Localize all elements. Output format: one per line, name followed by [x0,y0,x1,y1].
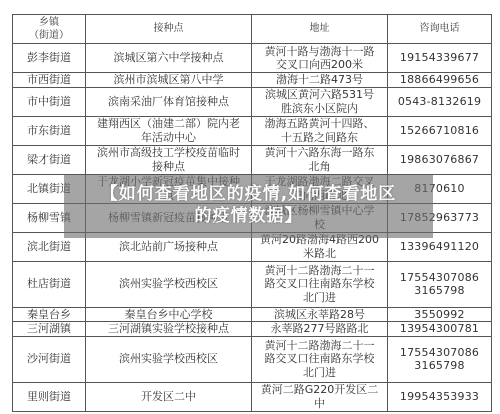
address-cell-line: 北门进 [255,291,384,305]
address-cell-line: 胜滨东小区院内 [255,102,384,116]
address-cell-line: 十五路之间路东 [255,131,384,145]
address-cell-line: 米路北 [255,247,384,261]
phone-cell-line: 3165798 [391,359,488,373]
table-row: 杜店街道滨州实验学校西校区黄河十二路渤海二十一路交叉口往南路东学校北门进1755… [13,261,492,307]
address-cell-line: 北角 [255,160,384,174]
phone-cell-line: 3165798 [391,284,488,298]
address-cell: 黄河十二路渤海二十一路交叉口往南路东学校北门进 [252,261,388,307]
table-row: 沙河街道滨州实验学校西校区黄河十二路渤海二十一路交叉口往南路东学校北门进1755… [13,336,492,382]
phone-cell: 3550992 [388,307,492,322]
phone-cell-line: 19954353933 [391,390,488,404]
phone-cell-line: 15266710816 [391,124,488,138]
town-cell: 市中街道 [13,87,86,116]
address-cell-line: 北门进 [255,366,384,380]
site-cell: 滨南采油厂体育馆接种点 [86,87,252,116]
town-cell: 里则街道 [13,382,86,411]
phone-cell: 175543070863165798 [388,261,492,307]
town-cell: 彭李街道 [13,44,86,73]
site-cell-line: 滨城区第六中学接种点 [89,51,248,65]
address-cell-line: 交叉口向西200米 [255,58,384,72]
site-cell-line: 滨南采油厂体育馆接种点 [89,95,248,109]
town-cell: 三河湖镇 [13,322,86,337]
table-header-row: 乡镇（街道）接种点地址咨询电话 [13,15,492,44]
header-label: 咨询电话 [391,22,488,36]
phone-cell-line: 19863076867 [391,153,488,167]
overlay-title-line-1: 【如何查看地区的疫情,如何查看地区 [64,183,433,205]
site-cell-line: 三河湖镇实验学校接种点 [89,322,248,336]
site-cell: 滨城区第六中学接种点 [86,44,252,73]
table-row: 里则街道开发区二中黄河二路G220开发区二中19954353933 [13,382,492,411]
address-cell-line: 中 [255,397,384,411]
site-cell: 滨州市高级技工学校疫苗临时接种点 [86,145,252,174]
site-cell-line: 开发区二中 [89,390,248,404]
site-cell-line: 滨州实验学校西校区 [89,352,248,366]
header-label: （街道） [16,29,82,43]
phone-cell: 19954353933 [388,382,492,411]
table-row: 市西街道滨州市滨城区第八中学渤海十二路473号18866499656 [13,73,492,88]
phone-cell-line: 13954300781 [391,322,488,336]
phone-cell: 19154339677 [388,44,492,73]
site-cell-line: 滨州市滨城区第八中学 [89,73,248,87]
site-cell-line: 建翔西区（油建二部）院内老 [89,117,248,131]
phone-cell: 19863076867 [388,145,492,174]
site-cell-line: 滨州实验学校西校区 [89,277,248,291]
phone-cell: 18866499656 [388,73,492,88]
site-cell: 建翔西区（油建二部）院内老年活动中心 [86,116,252,145]
phone-cell: 175543070863165798 [388,336,492,382]
phone-cell-line: 3550992 [391,308,488,322]
town-cell: 市东街道 [13,116,86,145]
site-cell: 三河湖镇实验学校接种点 [86,322,252,337]
site-cell-line: 年活动中心 [89,131,248,145]
header-label: 接种点 [89,22,248,36]
address-cell-line: 渤海十二路473号 [255,73,384,87]
phone-cell: 0543-8132619 [388,87,492,116]
address-cell-line: 黄河十二路渤海二十一 [255,264,384,278]
table-row: 市中街道滨南采油厂体育馆接种点滨城区黄河六路531号胜滨东小区院内0543-81… [13,87,492,116]
address-cell: 滨城区黄河六路531号胜滨东小区院内 [252,87,388,116]
table-row: 秦皇台乡秦皇台乡中心学校滨城区永莘路28号3550992 [13,307,492,322]
town-cell: 秦皇台乡 [13,307,86,322]
address-cell: 渤海十二路473号 [252,73,388,88]
header-label: 地址 [255,22,384,36]
address-cell-line: 永莘路277号路路北 [255,322,384,336]
phone-cell: 15266710816 [388,116,492,145]
address-cell: 滨城区永莘路28号 [252,307,388,322]
phone-cell-line: 18866499656 [391,73,488,87]
phone-cell-line: 17554307086 [391,271,488,285]
address-cell: 黄河十路与渤海十一路交叉口向西200米 [252,44,388,73]
address-cell-line: 黄河二路G220开发区二 [255,383,384,397]
phone-cell-line: 0543-8132619 [391,95,488,109]
header-town: 乡镇（街道） [13,15,86,44]
header-phone: 咨询电话 [388,15,492,44]
address-cell-line: 路交叉口往南路东学校 [255,352,384,366]
town-cell: 杜店街道 [13,261,86,307]
table-row: 市东街道建翔西区（油建二部）院内老年活动中心渤海五路黄河十四路、十五路之间路东1… [13,116,492,145]
address-cell-line: 滨城区黄河六路531号 [255,88,384,102]
address-cell-line: 路交叉口往南路东学校 [255,277,384,291]
header-label: 乡镇 [16,16,82,30]
address-cell: 黄河十二路渤海二十一路交叉口往南路东学校北门进 [252,336,388,382]
overlay-title-line-2: 的疫情数据】 [64,205,433,227]
address-cell: 黄河十六路东海一路东北角 [252,145,388,174]
site-cell: 开发区二中 [86,382,252,411]
header-site: 接种点 [86,15,252,44]
site-cell-line: 滨州市高级技工学校疫苗临时 [89,146,248,160]
site-cell: 秦皇台乡中心学校 [86,307,252,322]
site-cell: 滨州实验学校西校区 [86,336,252,382]
phone-cell-line: 17554307086 [391,346,488,360]
header-address: 地址 [252,15,388,44]
town-cell: 沙河街道 [13,336,86,382]
address-cell: 黄河二路G220开发区二中 [252,382,388,411]
site-cell: 滨州实验学校西校区 [86,261,252,307]
phone-cell: 13954300781 [388,322,492,337]
table-row: 彭李街道滨城区第六中学接种点黄河十路与渤海十一路交叉口向西200米1915433… [13,44,492,73]
site-cell-line: 滨北站前广场接种点 [89,240,248,254]
address-cell-line: 黄河十六路东海一路东 [255,146,384,160]
table-row: 梁才街道滨州市高级技工学校疫苗临时接种点黄河十六路东海一路东北角19863076… [13,145,492,174]
table-row: 三河湖镇三河湖镇实验学校接种点永莘路277号路路北13954300781 [13,322,492,337]
address-cell-line: 黄河十路与渤海十一路 [255,45,384,59]
address-cell-line: 滨城区永莘路28号 [255,308,384,322]
site-cell-line: 秦皇台乡中心学校 [89,308,248,322]
address-cell: 永莘路277号路路北 [252,322,388,337]
site-cell: 滨州市滨城区第八中学 [86,73,252,88]
town-cell: 市西街道 [13,73,86,88]
town-cell: 梁才街道 [13,145,86,174]
phone-cell-line: 19154339677 [391,51,488,65]
address-cell: 渤海五路黄河十四路、十五路之间路东 [252,116,388,145]
title-overlay-banner: 【如何查看地区的疫情,如何查看地区 的疫情数据】 [64,175,433,238]
phone-cell-line: 13396491120 [391,240,488,254]
site-cell-line: 接种点 [89,160,248,174]
address-cell-line: 渤海五路黄河十四路、 [255,117,384,131]
address-cell-line: 黄河十二路渤海二十一 [255,339,384,353]
